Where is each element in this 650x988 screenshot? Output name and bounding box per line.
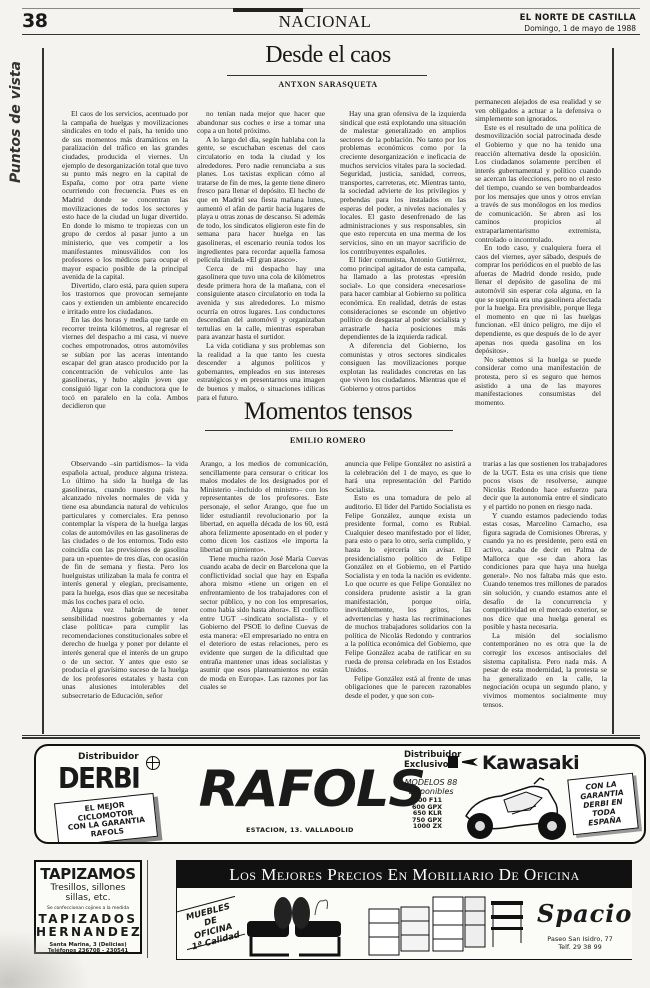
article-byline: EMILIO ROMERO bbox=[42, 436, 614, 445]
header-bottom-rule bbox=[22, 34, 640, 35]
spacio-logo: Spacio bbox=[537, 899, 632, 928]
title-rule bbox=[205, 430, 453, 431]
newspaper-name: EL NORTE DE CASTILLA bbox=[520, 13, 636, 23]
articles-bottom-rule bbox=[22, 735, 640, 739]
ad-headline: TAPIZAMOS bbox=[36, 865, 140, 883]
title-rule bbox=[227, 75, 427, 76]
article-frame-left bbox=[42, 48, 44, 734]
article-frame-right bbox=[612, 48, 614, 734]
quality-stamp: MUEBLES DE OFICINA 1ª Calidad bbox=[177, 896, 245, 950]
article-column: Arango, a los medios de comunicación, se… bbox=[200, 460, 328, 692]
kawasaki-logo-mark-icon bbox=[448, 756, 478, 768]
office-cabinets-icon bbox=[367, 895, 527, 959]
kawasaki-logo: Kawasaki bbox=[482, 752, 579, 774]
article-column: Observando –sin partidismos– la vida esp… bbox=[62, 460, 188, 701]
ad-note: Se confeccionan cojines a la medida bbox=[36, 906, 140, 911]
ad-banner: Los Mejores Precios En Mobiliario De Ofi… bbox=[177, 861, 632, 888]
article-column: anuncia que Felipe González no asistirá … bbox=[345, 460, 471, 701]
derbi-slogan-box: EL MEJOR CICLOMOTOR CON LA GARANTIA RAFO… bbox=[54, 793, 158, 844]
header-top-rule bbox=[22, 8, 640, 9]
print-smudge bbox=[0, 930, 90, 988]
distributor-label: Distribuidor bbox=[78, 752, 139, 762]
article-byline: ANTXON SARASQUETA bbox=[42, 80, 614, 89]
office-chairs-icon bbox=[239, 895, 349, 959]
advertisement-spacio: Los Mejores Precios En Mobiliario De Ofi… bbox=[176, 860, 632, 960]
masthead: EL NORTE DE CASTILLA Domingo, 1 de mayo … bbox=[520, 13, 636, 33]
issue-date: Domingo, 1 de mayo de 1988 bbox=[520, 24, 636, 33]
section-side-label: Puntos de vista bbox=[2, 42, 30, 202]
article-title: Desde el caos bbox=[42, 42, 614, 69]
article-column: trarias a las que sostienen los trabajad… bbox=[483, 460, 607, 709]
article-column: El caos de los servicios, acentuado por … bbox=[62, 110, 188, 411]
globe-icon bbox=[146, 756, 160, 770]
article-title: Momentos tensos bbox=[42, 398, 614, 426]
rafols-logo: RAFOLS bbox=[199, 760, 426, 818]
spacio-contact: Paseo San Isidro, 77 Telf. 29 38 99 bbox=[535, 935, 625, 951]
article-column: permanecen alejados de esa realidad y se… bbox=[475, 98, 601, 407]
ad-items: Tresillos, sillones sillas, etc. bbox=[36, 883, 140, 903]
article-column: no tenían nada mejor que hacer que aband… bbox=[197, 110, 325, 402]
guarantee-box: CON LA GARANTIA DERBI EN TODA ESPAÑA bbox=[567, 773, 638, 836]
ad-divider bbox=[147, 860, 148, 958]
models-title: MODELOS 88 disponibles bbox=[404, 778, 458, 796]
derbi-logo: DERBI bbox=[58, 763, 139, 796]
rafols-address: ESTACION, 13. VALLADOLID bbox=[246, 826, 354, 834]
article-column: Hay una gran ofensiva de la izquierda si… bbox=[340, 110, 466, 394]
motorcycle-icon bbox=[456, 776, 576, 842]
models-list: 400 F11 600 GPX 650 KLR 750 GPX 1000 ZX bbox=[410, 798, 442, 831]
advertisement-rafols: Distribuidor DERBI EL MEJOR CICLOMOTOR C… bbox=[34, 744, 646, 844]
